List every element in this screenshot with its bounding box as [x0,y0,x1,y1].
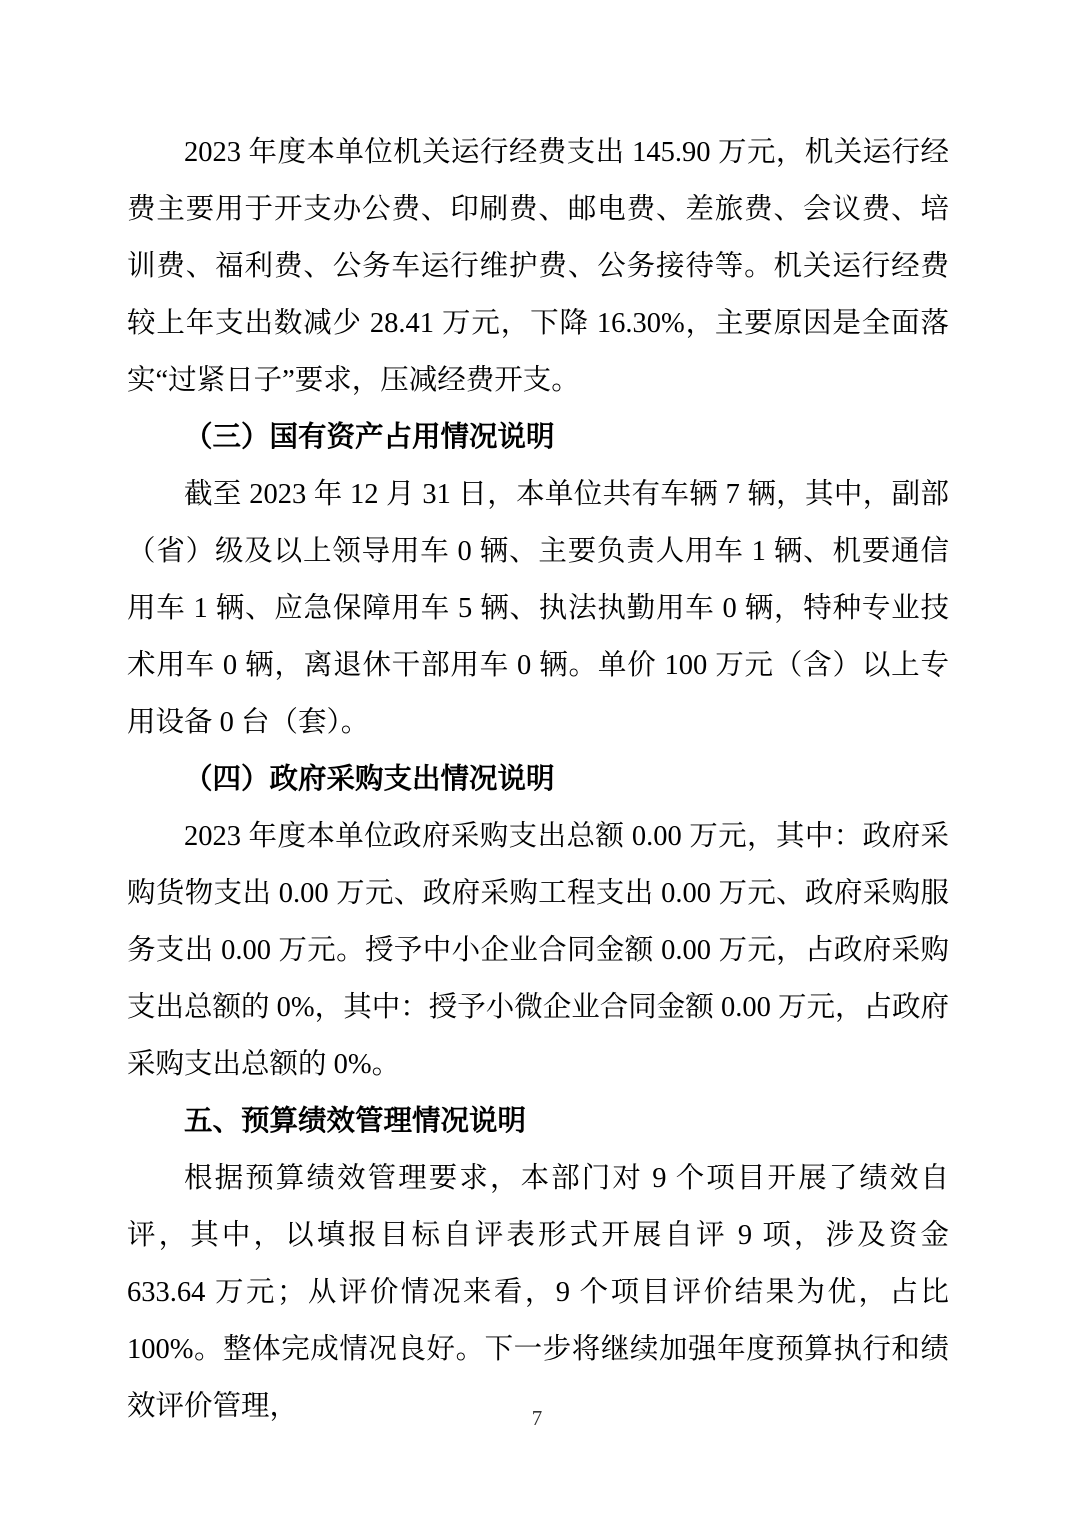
page-number: 7 [0,1404,1074,1432]
section-heading-gov-procurement: （四）政府采购支出情况说明 [127,751,949,808]
paragraph-state-assets: 截至 2023 年 12 月 31 日，本单位共有车辆 7 辆，其中，副部（省）… [127,466,949,751]
paragraph-operating-expense: 2023 年度本单位机关运行经费支出 145.90 万元，机关运行经费主要用于开… [127,124,949,409]
section-heading-budget-performance: 五、预算绩效管理情况说明 [127,1093,949,1150]
document-page: 2023 年度本单位机关运行经费支出 145.90 万元，机关运行经费主要用于开… [0,0,1074,1520]
section-heading-state-assets: （三）国有资产占用情况说明 [127,409,949,466]
paragraph-budget-performance: 根据预算绩效管理要求，本部门对 9 个项目开展了绩效自评，其中，以填报目标自评表… [127,1150,949,1435]
paragraph-gov-procurement: 2023 年度本单位政府采购支出总额 0.00 万元，其中：政府采购货物支出 0… [127,808,949,1093]
document-body: 2023 年度本单位机关运行经费支出 145.90 万元，机关运行经费主要用于开… [127,124,949,1435]
